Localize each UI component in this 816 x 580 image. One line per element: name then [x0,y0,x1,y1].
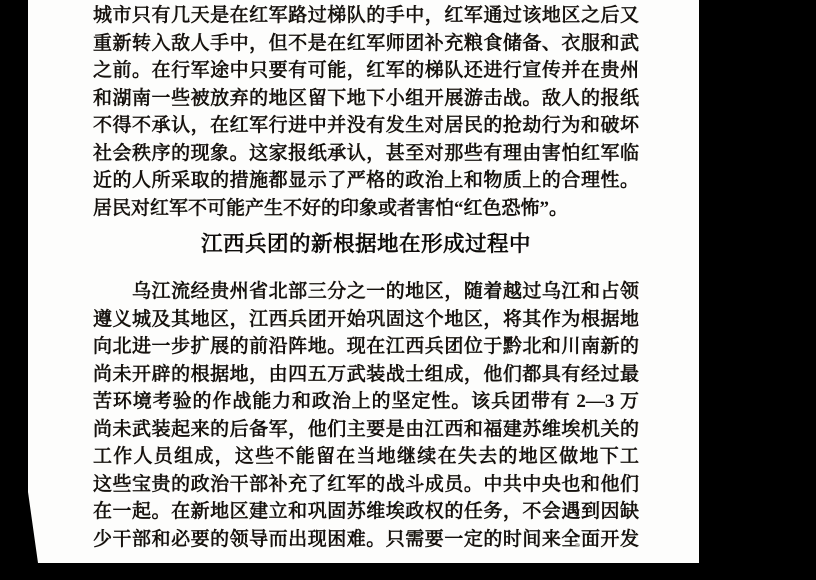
text-line: 向北进一步扩展的前沿阵地。现在江西兵团位于黔北和川南新的 [93,333,639,361]
text-line: 遵义城及其地区，江西兵团开始巩固这个地区，将其作为根据地和 [93,306,639,334]
text-line: 乌江流经贵州省北部三分之一的地区，随着越过乌江和占领 [93,278,639,306]
text-line: 在一起。在新地区建立和巩固苏维埃政权的任务，不会遇到因缺 [93,498,639,526]
scan-speck [575,543,580,546]
text-line: 重新转入敌人手中，但不是在红军师团补充粮食储备、衣服和武器 [93,30,639,58]
text-line: 工作人员组成，这些不能留在当地继续在失去的地区做地下工作。 [93,443,639,471]
text-line: 城市只有几天是在红军路过梯队的手中，红军通过该地区之后又 [93,2,639,30]
scan-border-slant [28,492,38,563]
text-line: 尚未武装起来的后备军，他们主要是由江西和福建苏维埃机关的 [93,416,639,444]
scanned-book-page: 城市只有几天是在红军路过梯队的手中，红军通过该地区之后又重新转入敌人手中，但不是… [28,0,699,563]
text-line: 近的人所采取的措施都显示了严格的政治上和物质上的合理性。 [93,167,639,195]
paragraph-red-army-conduct: 城市只有几天是在红军路过梯队的手中，红军通过该地区之后又重新转入敌人手中，但不是… [93,2,639,222]
text-line: 苦环境考验的作战能力和政治上的坚定性。该兵团带有 2—3 万 [93,388,639,416]
text-line: 少干部和必要的领导而出现困难。只需要一定的时间来全面开发 [93,526,639,554]
text-line: 居民对红军不可能产生不好的印象或者害怕“红色恐怖”。 [93,195,639,223]
text-line: 之前。在行军途中只要有可能，红军的梯队还进行宣传并在贵州 [93,57,639,85]
text-line: 不得不承认，在红军行进中并没有发生对居民的抢劫行为和破坏 [93,112,639,140]
body-text: 城市只有几天是在红军路过梯队的手中，红军通过该地区之后又重新转入敌人手中，但不是… [93,2,639,553]
section-heading: 江西兵团的新根据地在形成过程中 [93,230,639,258]
text-line: 尚未开辟的根据地，由四五万武装战士组成，他们都具有经过最艰 [93,361,639,389]
text-line: 社会秩序的现象。这家报纸承认，甚至对那些有理由害怕红军临 [93,140,639,168]
paragraph-jiangxi-corps-base: 乌江流经贵州省北部三分之一的地区，随着越过乌江和占领遵义城及其地区，江西兵团开始… [93,278,639,553]
text-line: 这些宝贵的政治干部补充了红军的战斗成员。中共中央也和他们 [93,471,639,499]
text-line: 和湖南一些被放弃的地区留下地下小组开展游击战。敌人的报纸 [93,85,639,113]
